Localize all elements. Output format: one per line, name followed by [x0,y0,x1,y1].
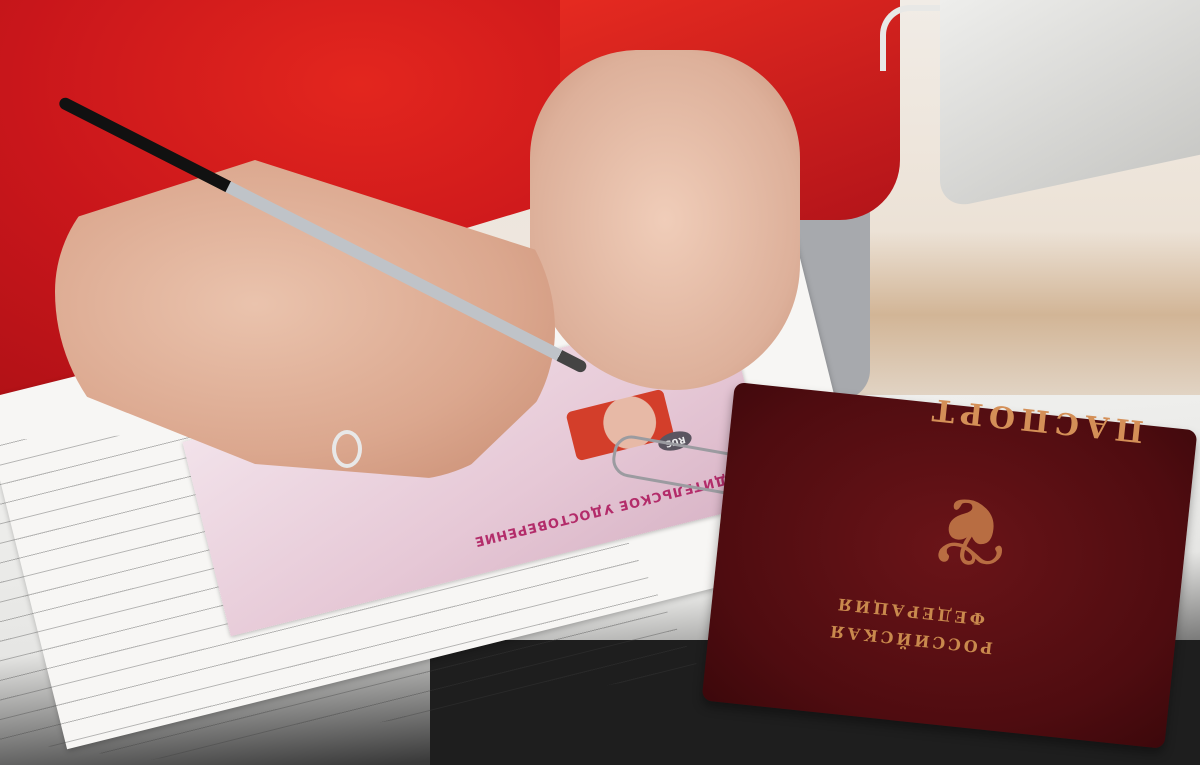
ring [332,430,362,468]
coat-of-arms-icon: ❦ [874,461,1066,599]
right-hand [530,50,800,390]
